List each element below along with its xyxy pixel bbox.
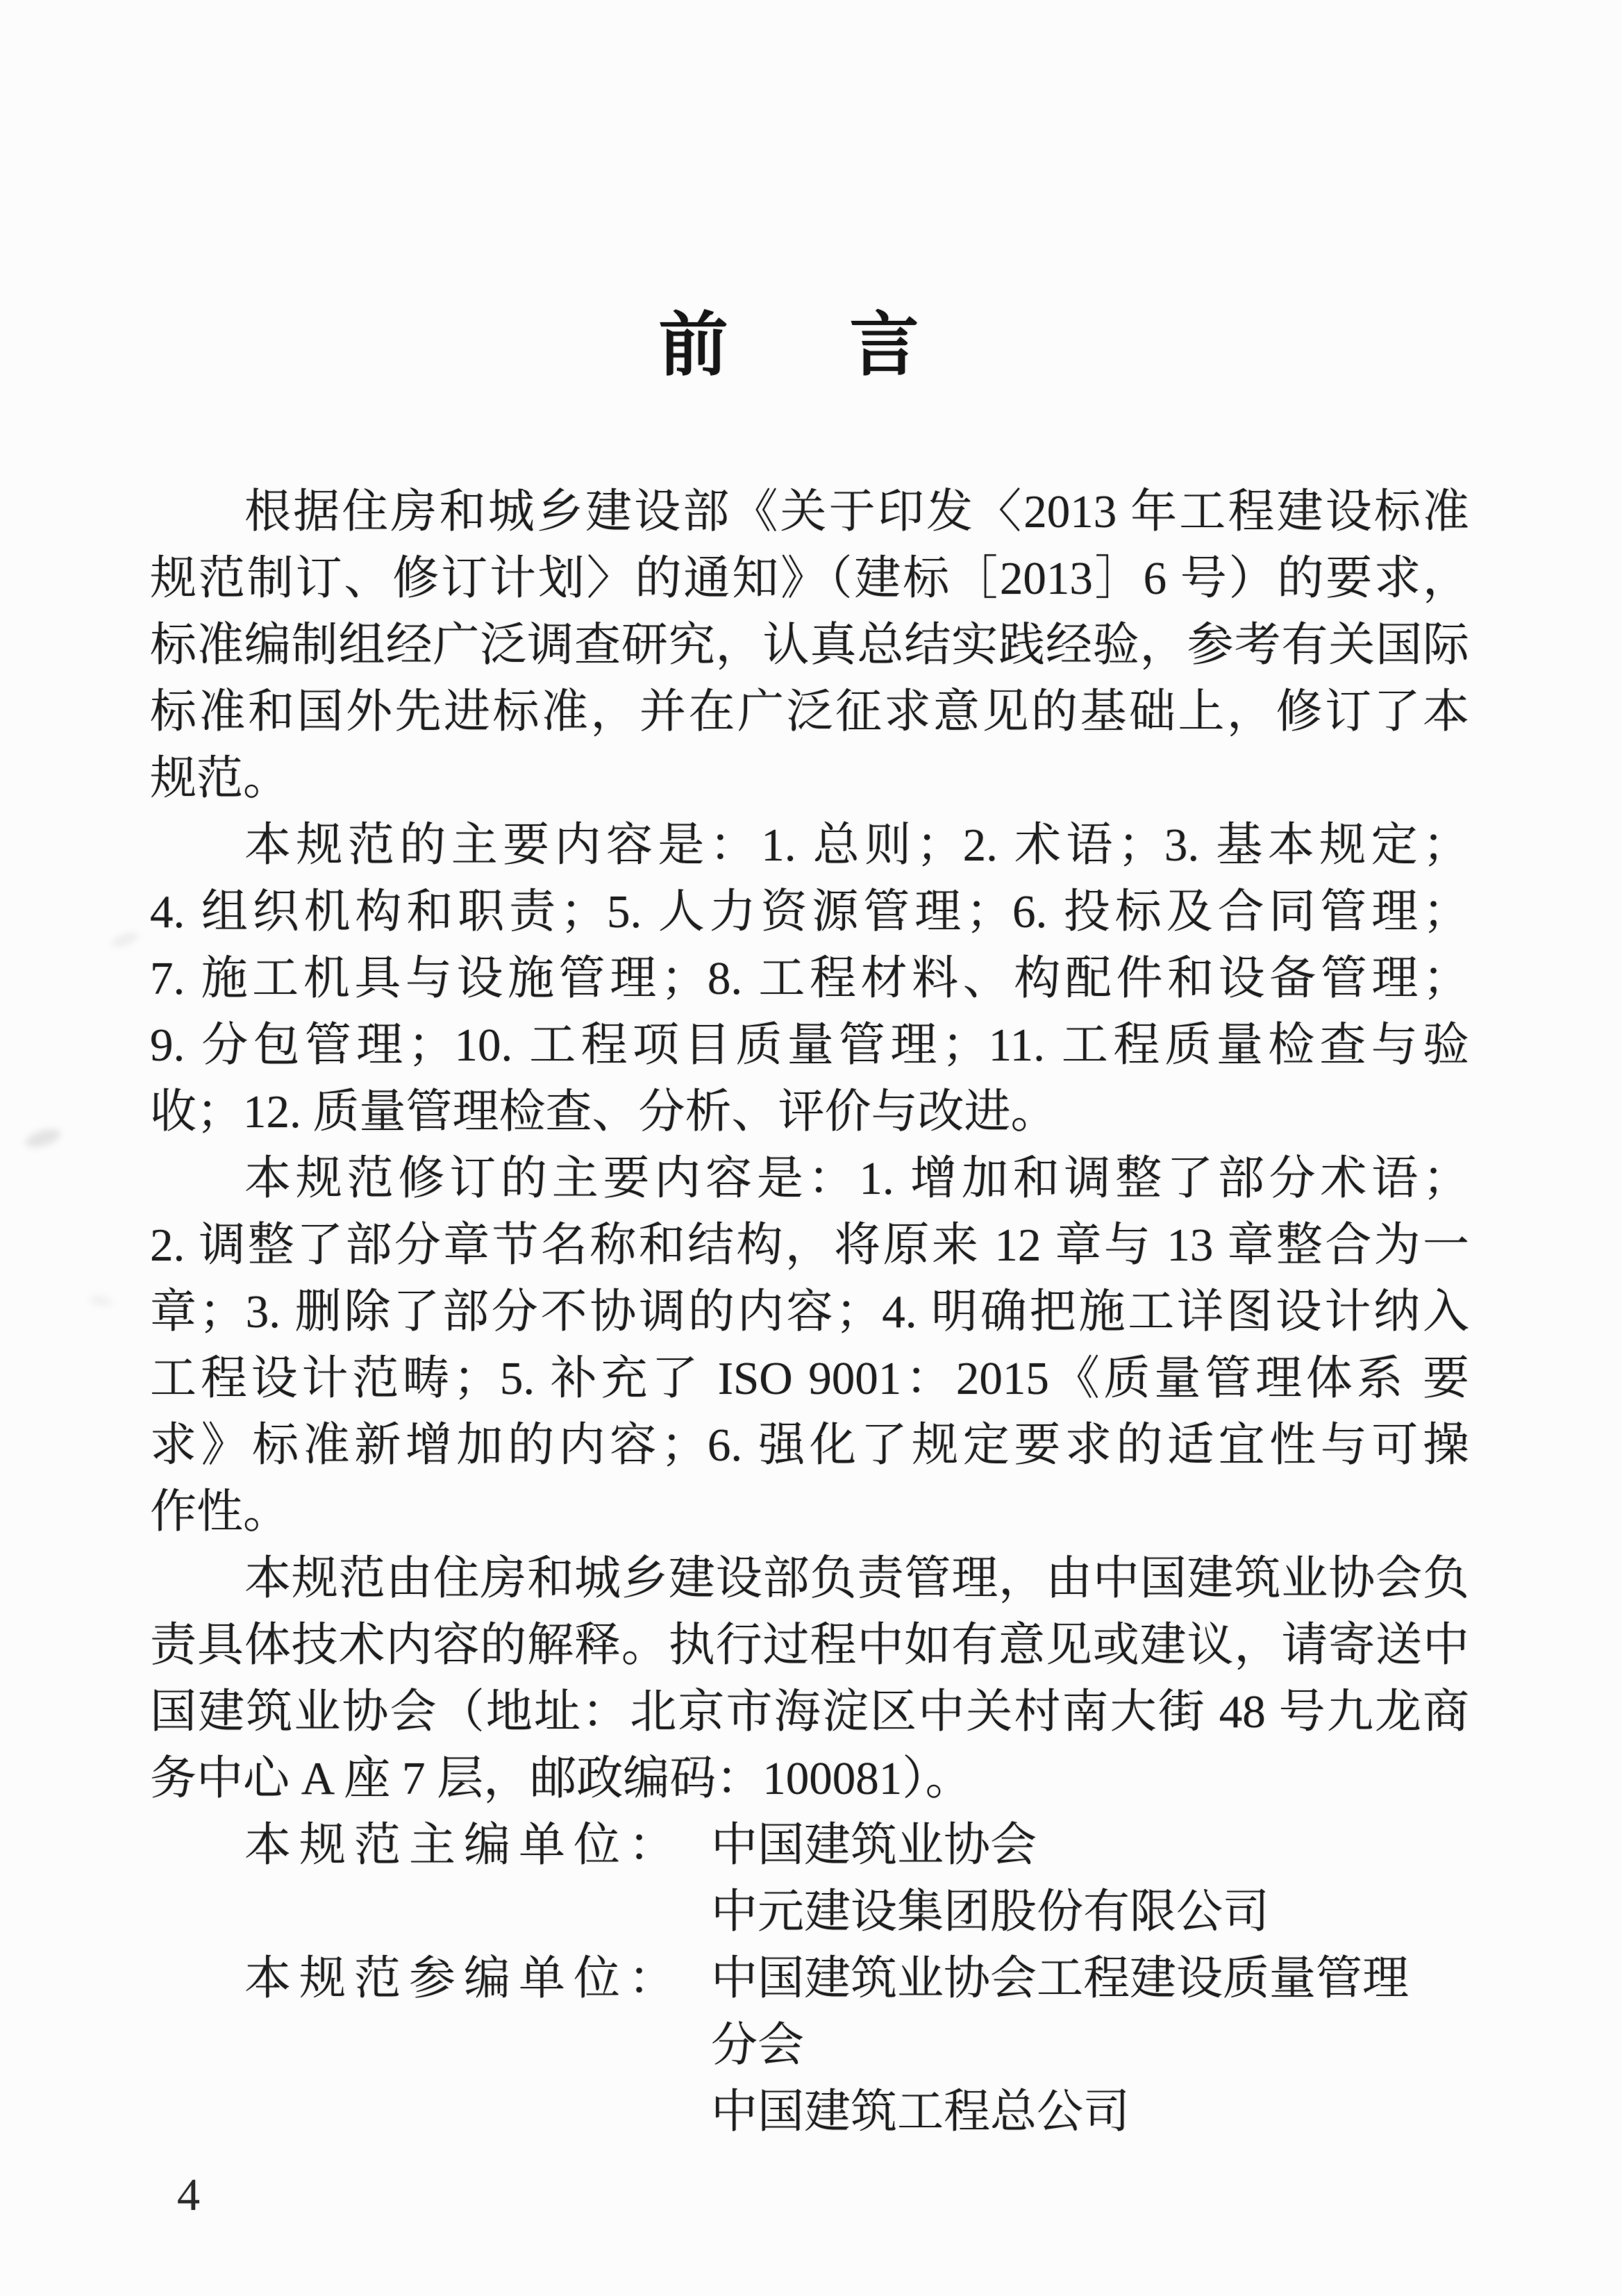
credit-org: 中国建筑工程总公司 bbox=[711, 2079, 1409, 2145]
text-line: 2. 调整了部分章节名称和结构，将原来 12 章与 13 章整合为一 bbox=[150, 1212, 1469, 1279]
scan-smudge bbox=[88, 1294, 113, 1308]
text-line: 务中心 A 座 7 层，邮政编码：100081）。 bbox=[150, 1745, 1469, 1812]
text-line: 工程设计范畴；5. 补充了 ISO 9001：2015《质量管理体系 要 bbox=[150, 1345, 1469, 1412]
scanned-page: 前 言 根据住房和城乡建设部《关于印发〈2013 年工程建设标准 规范制订、修订… bbox=[0, 0, 1622, 2296]
text-line: 章；3. 删除了部分不协调的内容；4. 明确把施工详图设计纳入 bbox=[150, 1279, 1469, 1345]
text-line: 9. 分包管理；10. 工程项目质量管理；11. 工程质量检查与验 bbox=[150, 1012, 1469, 1079]
credit-org: 分会 bbox=[711, 2012, 1409, 2079]
participating-editor-label: 本规范参编单位： bbox=[244, 1945, 683, 2012]
credit-org: 中国建筑业协会 bbox=[711, 1812, 1269, 1879]
credits-section: 本规范主编单位： 中国建筑业协会 中元建设集团股份有限公司 本规范参编单位： 中… bbox=[244, 1812, 1469, 2145]
paragraph-3: 本规范修订的主要内容是：1. 增加和调整了部分术语； 2. 调整了部分章节名称和… bbox=[150, 1145, 1469, 1545]
text-line: 国建筑业协会（地址：北京市海淀区中关村南大街 48 号九龙商 bbox=[150, 1679, 1469, 1745]
chief-editor-label: 本规范主编单位： bbox=[244, 1812, 683, 1879]
scan-smudge bbox=[24, 1126, 62, 1151]
paragraph-4: 本规范由住房和城乡建设部负责管理，由中国建筑业协会负 责具体技术内容的解释。执行… bbox=[150, 1545, 1469, 1812]
page-number: 4 bbox=[177, 2172, 200, 2218]
text-line: 规范。 bbox=[150, 745, 1469, 812]
text-line: 收；12. 质量管理检查、分析、评价与改进。 bbox=[150, 1079, 1469, 1145]
text-line: 7. 施工机具与设施管理；8. 工程材料、构配件和设备管理； bbox=[150, 945, 1469, 1012]
page-title: 前 言 bbox=[0, 0, 1600, 381]
credit-org: 中元建设集团股份有限公司 bbox=[711, 1879, 1269, 1945]
chief-editor-unit-row: 本规范主编单位： 中国建筑业协会 中元建设集团股份有限公司 bbox=[244, 1812, 1469, 1945]
paragraph-2: 本规范的主要内容是：1. 总则；2. 术语；3. 基本规定； 4. 组织机构和职… bbox=[150, 812, 1469, 1145]
text-line: 规范制订、修订计划〉的通知》（建标［2013］6 号）的要求， bbox=[150, 545, 1469, 612]
credit-org: 中国建筑业协会工程建设质量管理 bbox=[711, 1945, 1409, 2012]
preface-body: 根据住房和城乡建设部《关于印发〈2013 年工程建设标准 规范制订、修订计划〉的… bbox=[150, 479, 1469, 2145]
text-line: 标准和国外先进标准，并在广泛征求意见的基础上，修订了本 bbox=[150, 679, 1469, 745]
text-line: 标准编制组经广泛调查研究，认真总结实践经验，参考有关国际 bbox=[150, 612, 1469, 679]
text-line: 4. 组织机构和职责；5. 人力资源管理；6. 投标及合同管理； bbox=[150, 879, 1469, 945]
participating-editor-unit-row: 本规范参编单位： 中国建筑业协会工程建设质量管理 分会 中国建筑工程总公司 bbox=[244, 1945, 1469, 2145]
paragraph-1: 根据住房和城乡建设部《关于印发〈2013 年工程建设标准 规范制订、修订计划〉的… bbox=[150, 479, 1469, 812]
text-line: 责具体技术内容的解释。执行过程中如有意见或建议，请寄送中 bbox=[150, 1612, 1469, 1679]
text-line: 作性。 bbox=[150, 1479, 1469, 1545]
scan-smudge bbox=[110, 931, 140, 949]
text-line: 本规范的主要内容是：1. 总则；2. 术语；3. 基本规定； bbox=[150, 812, 1469, 879]
text-line: 本规范修订的主要内容是：1. 增加和调整了部分术语； bbox=[150, 1145, 1469, 1212]
text-line: 根据住房和城乡建设部《关于印发〈2013 年工程建设标准 bbox=[150, 479, 1469, 545]
text-line: 求》标准新增加的内容；6. 强化了规定要求的适宜性与可操 bbox=[150, 1412, 1469, 1479]
chief-editor-orgs: 中国建筑业协会 中元建设集团股份有限公司 bbox=[711, 1812, 1269, 1945]
participating-editor-orgs: 中国建筑业协会工程建设质量管理 分会 中国建筑工程总公司 bbox=[711, 1945, 1409, 2145]
text-line: 本规范由住房和城乡建设部负责管理，由中国建筑业协会负 bbox=[150, 1545, 1469, 1612]
